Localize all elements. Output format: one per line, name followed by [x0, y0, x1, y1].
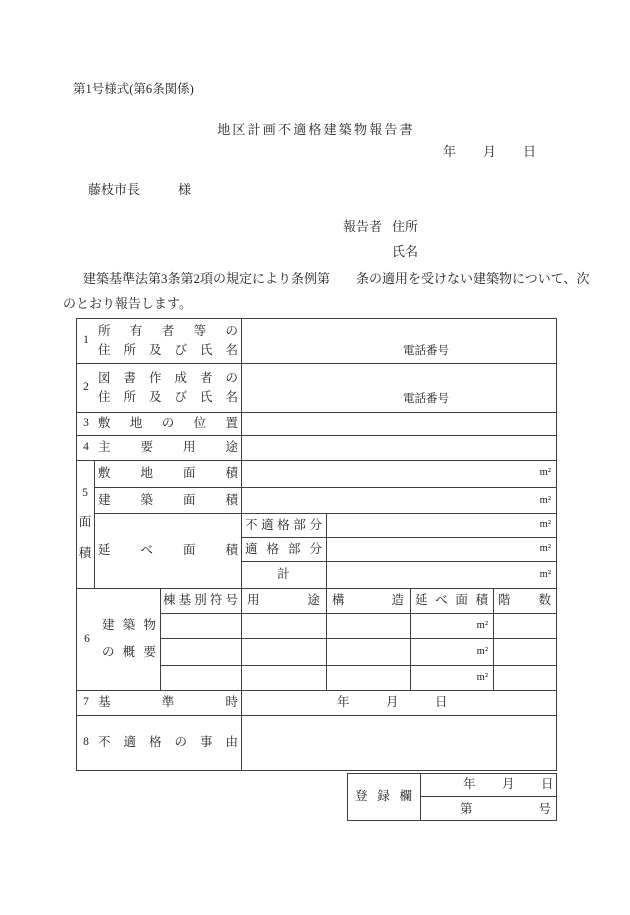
row2-phone-label: 電話番号: [241, 363, 556, 412]
conforming-part-cell: m²: [326, 537, 556, 561]
row5-number: 5: [82, 487, 88, 499]
grid-line: [493, 588, 494, 690]
col-header-building-code: 棟 基 別 符 号: [163, 588, 238, 613]
doc-title: 地区計画不適格建築物報告書: [0, 119, 630, 138]
row1-label: 所 有 者 等 の 住 所 及 び 氏 名: [98, 318, 238, 363]
row7-label: 基 準 時: [98, 690, 238, 715]
total-cell: m²: [326, 561, 556, 588]
col-header-floor-area: 延 べ 面 積: [415, 588, 488, 613]
row6-label-line2: の 概 要: [102, 645, 156, 660]
row6-number: 6: [76, 588, 98, 690]
doc-date-line: 年 月 日: [443, 141, 543, 160]
building-row1-floor-area-cell: m²: [410, 613, 493, 638]
grid-line: [160, 638, 557, 639]
body-line-2: のとおり報告します。: [63, 296, 192, 311]
row8-number: 8: [76, 715, 96, 770]
registration-number-prefix: 第: [460, 799, 473, 817]
registration-label: 登 録 欄: [355, 773, 412, 820]
grid-line: [76, 770, 557, 771]
row5-vertical-label-1: 面: [79, 512, 92, 530]
total-label: 計: [241, 561, 326, 588]
addressee-honorific: 様: [178, 179, 191, 198]
grid-line: [347, 820, 557, 821]
building-row3-floor-area-cell: m²: [410, 665, 493, 690]
registration-number: 第 号: [420, 796, 556, 820]
registration-date: 年 月 日: [420, 773, 556, 796]
row6-label: 建 築 物 の 概 要: [102, 588, 156, 690]
row2-label-line2: 住 所 及 び 氏 名: [98, 390, 238, 405]
row8-label: 不 適 格 の 事 由: [98, 715, 238, 770]
row3-number: 3: [76, 412, 96, 435]
col-header-structure: 構 造: [332, 588, 404, 613]
row3-label: 敷 地 の 位 置: [98, 412, 238, 435]
row5-side-column: 5 面 積: [76, 460, 94, 588]
conforming-part-label: 適 格 部 分: [245, 537, 322, 561]
row7-date-value: 年 月 日: [241, 690, 556, 715]
body-line-1: 建築基準法第3条第2項の規定により条例第 条の適用を受けない建築物について、次: [83, 271, 589, 286]
row2-label-line1: 図 書 作 成 者 の: [98, 371, 238, 386]
row4-label: 主 要 用 途: [98, 435, 238, 460]
row2-label: 図 書 作 成 者 の 住 所 及 び 氏 名: [98, 363, 238, 412]
nonconforming-part-label: 不 適 格 部 分: [245, 513, 322, 537]
addressee-line: 藤枝市長 様: [88, 179, 191, 198]
reporter-line: 報告者 住所: [343, 216, 418, 235]
row4-number: 4: [76, 435, 96, 460]
row6-label-line1: 建 築 物: [102, 618, 156, 633]
building-area-label: 建 築 面 積: [98, 487, 238, 514]
row7-number: 7: [76, 690, 96, 715]
reporter-name-label: 氏名: [392, 241, 418, 260]
grid-line: [94, 460, 95, 588]
reporter-address-label: 住所: [392, 216, 418, 235]
building-row2-floor-area-cell: m²: [410, 638, 493, 665]
col-header-stories: 階 数: [498, 588, 551, 613]
nonconforming-part-cell: m²: [326, 513, 556, 537]
row2-number: 2: [76, 363, 96, 412]
row1-phone-label: 電話番号: [241, 318, 556, 363]
row1-number: 1: [76, 318, 96, 363]
site-area-cell: m²: [241, 460, 556, 486]
grid-line: [160, 588, 161, 690]
col-header-use: 用 途: [247, 588, 320, 613]
row1-label-line2: 住 所 及 び 氏 名: [98, 343, 238, 358]
site-area-label: 敷 地 面 積: [98, 460, 238, 486]
form-number: 第1号様式(第6条関係): [73, 82, 194, 96]
total-floor-area-label: 延 べ 面 積: [98, 513, 238, 588]
grid-line: [160, 665, 557, 666]
reporter-label: 報告者: [343, 216, 382, 235]
row1-label-line1: 所 有 者 等 の: [98, 324, 238, 339]
registration-number-suffix: 号: [538, 799, 551, 817]
building-area-cell: m²: [241, 487, 556, 514]
addressee-name: 藤枝市長: [88, 179, 140, 198]
grid-line: [347, 773, 348, 821]
grid-line: [556, 318, 557, 771]
row5-vertical-label-2: 積: [79, 543, 92, 561]
grid-line: [160, 613, 557, 614]
form-page: 第1号様式(第6条関係) 地区計画不適格建築物報告書 年 月 日 藤枝市長 様 …: [0, 0, 630, 915]
